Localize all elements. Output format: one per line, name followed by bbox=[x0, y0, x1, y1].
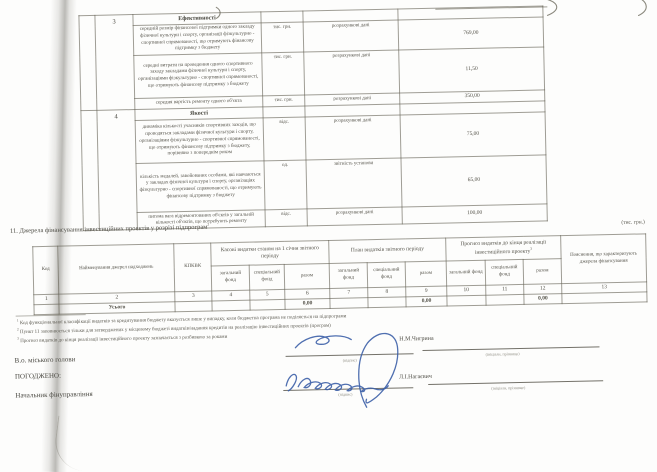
source-cell: розрахункові дані bbox=[307, 207, 402, 226]
value-cell: 11,50 bbox=[399, 47, 545, 93]
spacer-cell bbox=[79, 15, 97, 110]
prognoz-group-header-cell: Прогноз видатків до кінця реалізації інв… bbox=[446, 236, 561, 261]
unit-cell: відс. bbox=[263, 117, 306, 161]
prognoz-header-text: Прогноз видатків до кінця реалізації інв… bbox=[460, 239, 546, 256]
agreed-label: ПОГОДЖЕНО: bbox=[15, 372, 61, 381]
empty-cell bbox=[175, 301, 212, 312]
razom-header-cell: разом bbox=[284, 263, 330, 289]
official-role: В.о. міського голови bbox=[15, 355, 76, 364]
section-number-cell: 4 bbox=[97, 110, 138, 231]
unit-cell: тис. грн. bbox=[263, 95, 305, 107]
indicator-name-cell: динаміка кількості учасників спортивних … bbox=[135, 118, 264, 164]
empty-cell bbox=[212, 300, 250, 311]
funding-table: Код Найменування джерел надходжень КПКВК… bbox=[32, 233, 647, 315]
column-number-cell: 1 bbox=[34, 294, 59, 305]
indicator-name-cell: середній розмір фінансової підтримки одн… bbox=[133, 23, 262, 56]
spec-fond-header-cell: спеціальний фонд bbox=[485, 259, 524, 285]
empty-cell bbox=[261, 11, 303, 23]
footnote-rule bbox=[16, 314, 86, 316]
name-caption: (ініціали, прізвище) bbox=[458, 350, 548, 357]
zag-fond-header-cell: загальний фонд bbox=[446, 260, 486, 286]
unit-cell: тис. грн. bbox=[261, 22, 304, 53]
value-cell: 769,00 bbox=[398, 17, 544, 50]
indicator-name-cell: кількість медалей, завойованих особами, … bbox=[136, 161, 265, 213]
name-caption: (ініціали, прізвище) bbox=[463, 384, 553, 391]
empty-cell bbox=[447, 295, 486, 306]
spec-fond-header-cell: спеціальний фонд bbox=[367, 262, 406, 288]
page-curl-mark bbox=[635, 0, 653, 18]
value-cell: 65,00 bbox=[401, 155, 547, 207]
unit-cell: тис. грн. bbox=[262, 52, 305, 96]
signature-stroke-3 bbox=[358, 333, 399, 407]
document-sheet: 3 Ефективності середній розмір фінансово… bbox=[0, 0, 657, 464]
signature-stroke-1 bbox=[295, 336, 351, 348]
empty-cell bbox=[368, 297, 406, 308]
plan-group-header-cell: План видатків звітного періоду bbox=[329, 238, 446, 263]
indicator-name-cell: середні витрати на проведення одного спо… bbox=[134, 53, 263, 99]
official-role: Начальник фінуправління bbox=[15, 390, 92, 400]
source-name-header-cell: Найменування джерел надходжень bbox=[58, 244, 175, 294]
footnote-marker: 2 bbox=[17, 328, 19, 332]
total-value-cell: 0,00 bbox=[406, 296, 447, 307]
source-cell: розрахункові дані bbox=[303, 20, 399, 52]
source-cell: звітність установи bbox=[306, 158, 402, 209]
kasovi-group-header-cell: Касові видатки станом на 1 січня звітног… bbox=[211, 240, 329, 265]
value-cell: 75,00 bbox=[400, 112, 546, 158]
unit-cell: відс. bbox=[265, 209, 307, 227]
source-cell: розрахункові дані bbox=[304, 50, 400, 95]
empty-cell bbox=[263, 106, 305, 118]
source-cell: розрахункові дані bbox=[305, 115, 401, 160]
empty-cell bbox=[562, 292, 647, 304]
units-note: (тис. грн.) bbox=[560, 219, 645, 227]
empty-cell bbox=[486, 294, 524, 305]
section-11-title: 11. Джерела фінансування інвестиційних п… bbox=[10, 223, 209, 235]
total-label-cell: Усього bbox=[59, 302, 175, 315]
zag-fond-header-cell: загальний фонд bbox=[329, 263, 368, 289]
razom-header-cell: разом bbox=[405, 261, 447, 287]
footnote-ref: 2 bbox=[207, 223, 209, 227]
poyasnennya-header-cell: Пояснення, що характеризують джерела фін… bbox=[561, 234, 647, 284]
kod-header-cell: Код bbox=[33, 246, 59, 295]
section-number-cell: 3 bbox=[95, 15, 135, 111]
unit-cell: од. bbox=[264, 160, 307, 210]
zag-fond-header-cell: загальний фонд bbox=[211, 265, 250, 291]
empty-cell bbox=[34, 304, 59, 315]
footnote-marker: 1 bbox=[17, 319, 19, 323]
footnote-marker: 3 bbox=[17, 337, 19, 341]
page-curl-mark bbox=[543, 0, 569, 17]
footnote-text: Прогноз видатків до кінця реалізації інв… bbox=[20, 335, 227, 344]
kpkvk-header-cell: КПКВК bbox=[174, 243, 212, 292]
signature-stroke-2 bbox=[286, 372, 388, 393]
section-11-title-text: 11. Джерела фінансування інвестиційних п… bbox=[10, 224, 208, 235]
total-value-cell: 0,00 bbox=[524, 294, 562, 305]
spec-fond-header-cell: спеціальний фонд bbox=[249, 264, 285, 290]
total-value-cell: 0,00 bbox=[285, 298, 330, 309]
footnote-ref: 3 bbox=[530, 247, 532, 251]
empty-cell bbox=[330, 298, 368, 309]
value-cell: 100,00 bbox=[402, 204, 547, 224]
indicators-table: 3 Ефективності середній розмір фінансово… bbox=[78, 5, 547, 231]
razom-header-cell: разом bbox=[523, 259, 562, 285]
signature-scribble bbox=[267, 328, 429, 416]
empty-cell bbox=[250, 299, 285, 310]
